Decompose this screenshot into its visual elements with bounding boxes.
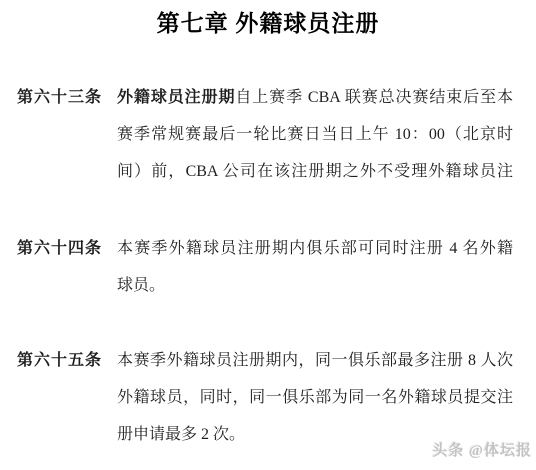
article-63-body: 外籍球员注册期自上赛季 CBA 联赛总决赛结束后至本 赛季常规赛最后一轮比赛日当… [117,79,513,190]
article-64-line-2: 球员。 [117,267,513,304]
article-63-line-2: 赛季常规赛最后一轮比赛日当日上午 10：00（北京时 [117,116,513,153]
article-63-label: 第六十三条 [17,79,117,190]
article-64: 第六十四条 本赛季外籍球员注册期内俱乐部可同时注册 4 名外籍 球员。 [17,230,513,304]
document-page: 第七章 外籍球员注册 第六十三条 外籍球员注册期自上赛季 CBA 联赛总决赛结束… [0,0,536,470]
article-65: 第六十五条 本赛季外籍球员注册期内，同一俱乐部最多注册 8 人次 外籍球员，同时… [17,342,513,453]
article-63-line-1: 外籍球员注册期自上赛季 CBA 联赛总决赛结束后至本 [117,79,513,116]
article-65-line-2: 外籍球员，同时，同一俱乐部为同一名外籍球员提交注 [117,379,513,416]
article-63-line-1-text: 自上赛季 CBA 联赛总决赛结束后至本 [235,89,513,106]
article-64-line-1: 本赛季外籍球员注册期内俱乐部可同时注册 4 名外籍 [117,230,513,267]
watermark: 头条 @体坛报 [432,441,532,461]
article-63-line-3: 间）前，CBA 公司在该注册期之外不受理外籍球员注册。 [117,153,513,190]
chapter-title: 第七章 外籍球员注册 [0,9,536,39]
article-65-label: 第六十五条 [17,342,117,453]
article-64-body: 本赛季外籍球员注册期内俱乐部可同时注册 4 名外籍 球员。 [117,230,513,304]
article-63: 第六十三条 外籍球员注册期自上赛季 CBA 联赛总决赛结束后至本 赛季常规赛最后… [17,79,513,190]
watermark-text: 头条 @体坛报 [432,443,532,459]
article-65-line-1: 本赛季外籍球员注册期内，同一俱乐部最多注册 8 人次 [117,342,513,379]
article-63-lead-bold: 外籍球员注册期 [117,89,235,106]
article-65-body: 本赛季外籍球员注册期内，同一俱乐部最多注册 8 人次 外籍球员，同时，同一俱乐部… [117,342,513,453]
article-64-label: 第六十四条 [17,230,117,304]
